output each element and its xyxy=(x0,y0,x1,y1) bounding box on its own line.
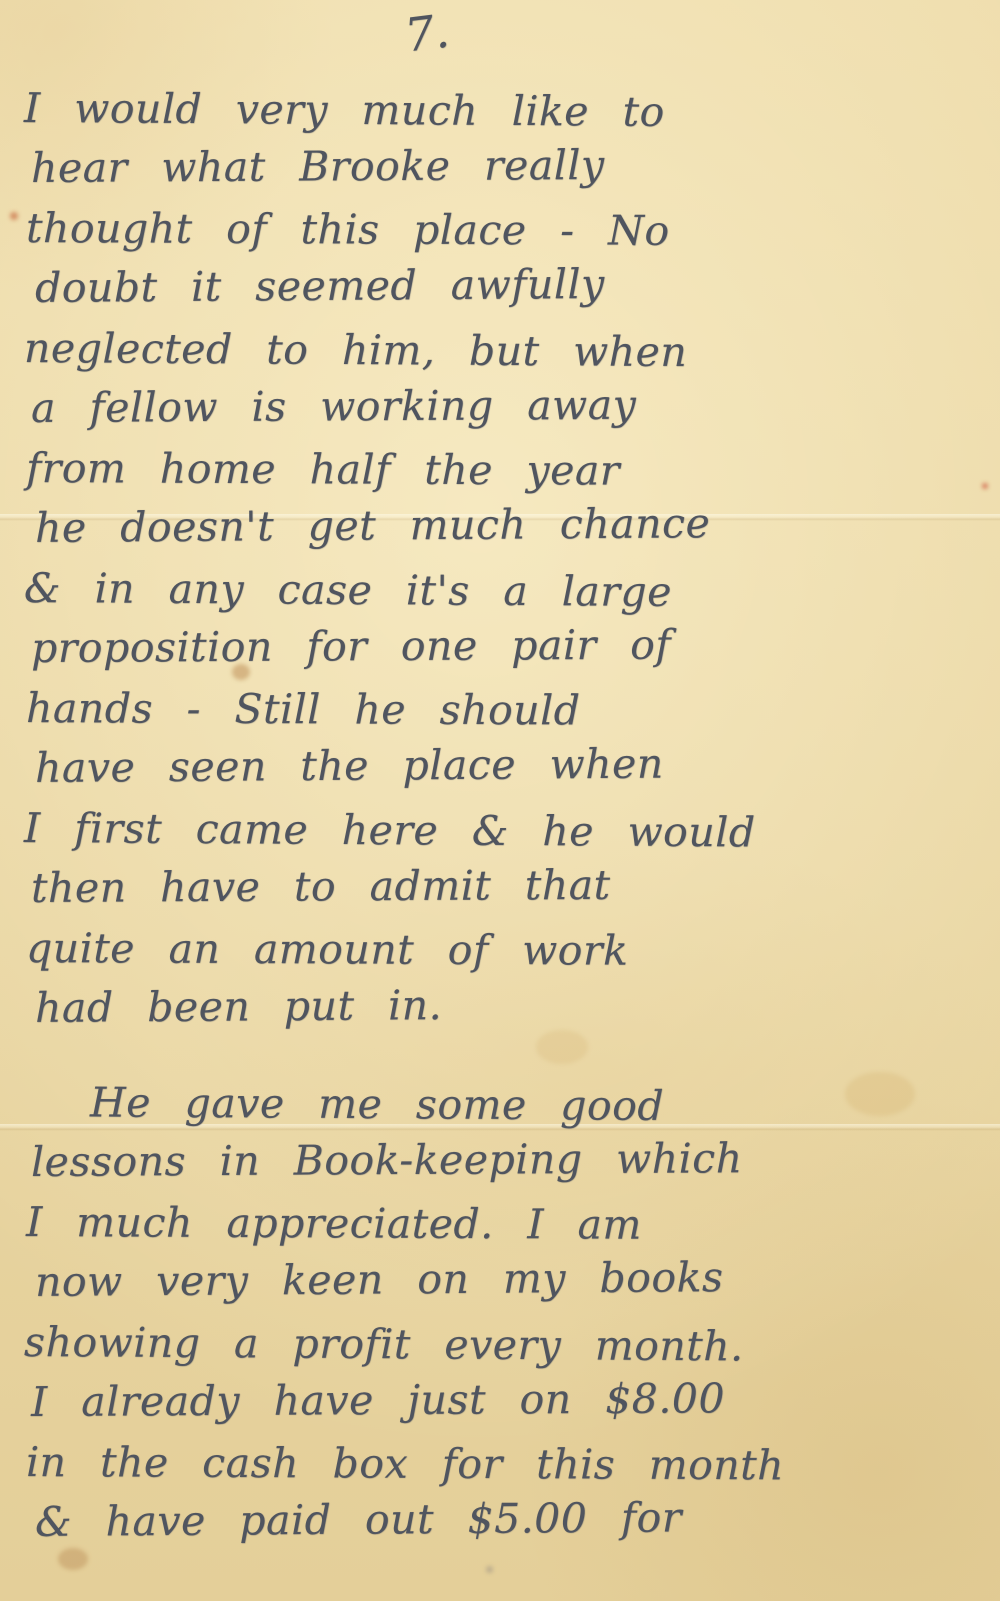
handwritten-line: now very keen on my books xyxy=(35,1245,987,1312)
foxing-spot xyxy=(982,483,988,489)
page-number: 7. xyxy=(402,4,452,63)
handwritten-line: he doesn't get much chance xyxy=(35,491,987,558)
handwritten-line: I already have just on $8.00 xyxy=(31,1367,983,1432)
handwritten-line: lessons in Book-keeping which xyxy=(31,1127,983,1192)
handwritten-line: & have paid out $5.00 for xyxy=(35,1485,987,1552)
handwritten-line: a fellow is working away xyxy=(31,373,983,438)
foxing-spot xyxy=(486,1566,493,1573)
paragraph: He gave me some goodlessons in Book-keep… xyxy=(24,1072,976,1552)
foxing-spot xyxy=(10,212,18,220)
handwritten-line: then have to admit that xyxy=(31,853,983,918)
letter-body: I would very much like tohear what Brook… xyxy=(24,78,976,1552)
handwritten-line: doubt it seemed awfully xyxy=(35,251,987,318)
handwritten-line: hear what Brooke really xyxy=(31,133,983,198)
handwritten-line: had been put in. xyxy=(35,971,987,1038)
handwritten-line: proposition for one pair of xyxy=(31,613,983,678)
paragraph: I would very much like tohear what Brook… xyxy=(24,78,976,1038)
handwritten-line: have seen the place when xyxy=(35,731,987,798)
letter-page: 7. I would very much like tohear what Br… xyxy=(0,0,1000,1601)
